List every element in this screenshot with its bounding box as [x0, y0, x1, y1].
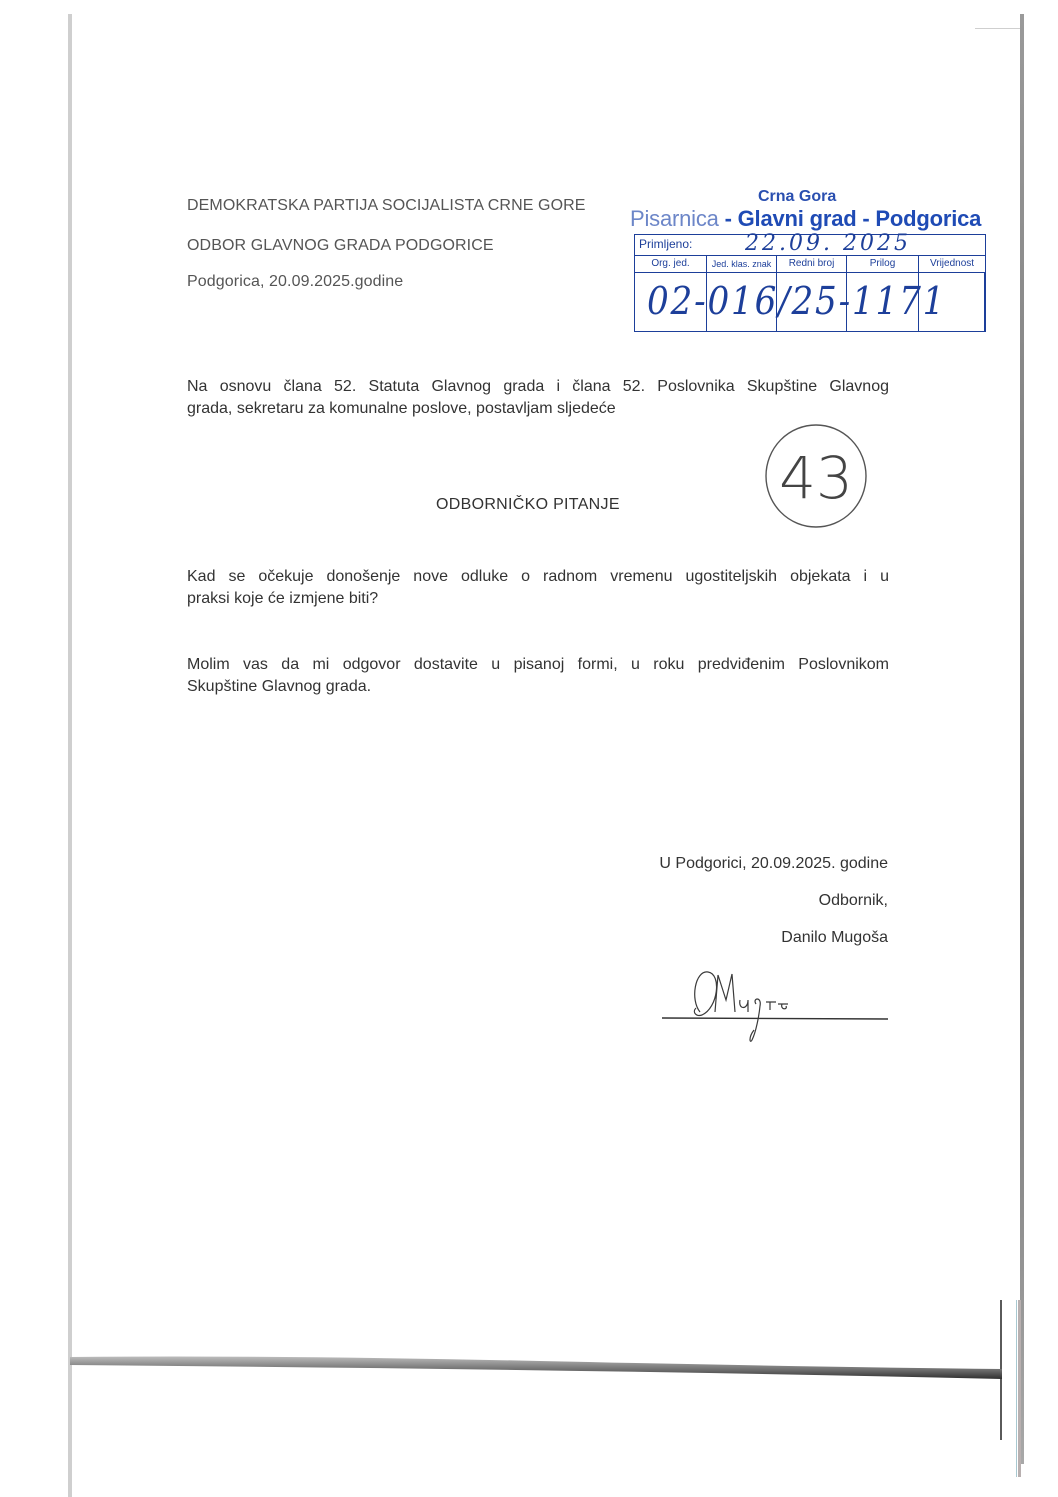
- stamp-col-serial: Redni broj: [777, 256, 847, 272]
- stamp-office: Pisarnica - Glavni grad - Podgorica: [630, 206, 981, 232]
- stamp-col-attachment: Prilog: [847, 256, 919, 272]
- question-line: praksi koje će izmjene biti?: [187, 588, 889, 610]
- scan-edge-right-line: [1018, 1300, 1021, 1477]
- header-place-date: Podgorica, 20.09.2025.godine: [187, 273, 403, 291]
- stamp-col-org: Org. jed.: [635, 256, 707, 272]
- stamp-col-value: Vrijednost: [919, 256, 985, 272]
- document-title: ODBORNIČKO PITANJE: [436, 496, 620, 514]
- closing-name: Danilo Mugoša: [781, 929, 888, 947]
- question-paragraph: Kad se očekuje donošenje nove odluke o r…: [187, 566, 889, 610]
- scan-shadow-bar: [70, 1355, 1002, 1379]
- stamp-registration-number: 02-016/25-1171: [647, 279, 946, 323]
- closing-role: Odbornik,: [819, 892, 888, 910]
- stamp-office-prefix: Pisarnica: [630, 206, 719, 231]
- scan-edge-top: [975, 28, 1020, 29]
- request-line: Skupštine Glavnog grada.: [187, 676, 889, 698]
- intro-line: Na osnovu člana 52. Statuta Glavnog grad…: [187, 376, 889, 398]
- intro-line: grada, sekretaru za komunalne poslove, p…: [187, 398, 889, 420]
- svg-text:43: 43: [779, 444, 853, 512]
- stamp-received-row: Primljeno: 22.09. 2025: [635, 235, 985, 256]
- scan-edge-right-line: [1016, 1300, 1017, 1477]
- scan-edge-left: [68, 14, 72, 1497]
- stamp-column-headers: Org. jed. Jed. klas. znak Redni broj Pri…: [635, 256, 985, 273]
- committee-name: ODBOR GLAVNOG GRADA PODGORICE: [187, 237, 494, 255]
- question-line: Kad se očekuje donošenje nove odluke o r…: [187, 566, 889, 588]
- signature: [660, 960, 890, 1050]
- request-paragraph: Molim vas da mi odgovor dostavite u pisa…: [187, 654, 889, 698]
- stamp-table: Primljeno: 22.09. 2025 Org. jed. Jed. kl…: [634, 234, 986, 332]
- request-line: Molim vas da mi odgovor dostavite u pisa…: [187, 654, 889, 676]
- stamp-received-label: Primljeno:: [639, 237, 692, 251]
- stamp-received-date: 22.09. 2025: [745, 231, 911, 256]
- stamp-value-row: 02-016/25-1171: [635, 273, 985, 331]
- handwritten-circled-number: 43: [762, 420, 870, 530]
- closing-place-date: U Podgorici, 20.09.2025. godine: [659, 855, 888, 873]
- stamp-col-class: Jed. klas. znak: [707, 256, 777, 272]
- intro-paragraph: Na osnovu člana 52. Statuta Glavnog grad…: [187, 376, 889, 420]
- scan-edge-right: [1020, 14, 1024, 1464]
- organization-name: DEMOKRATSKA PARTIJA SOCIJALISTA CRNE GOR…: [187, 197, 586, 215]
- stamp-country: Crna Gora: [758, 188, 836, 206]
- stamp-office-name: - Glavni grad - Podgorica: [725, 206, 982, 231]
